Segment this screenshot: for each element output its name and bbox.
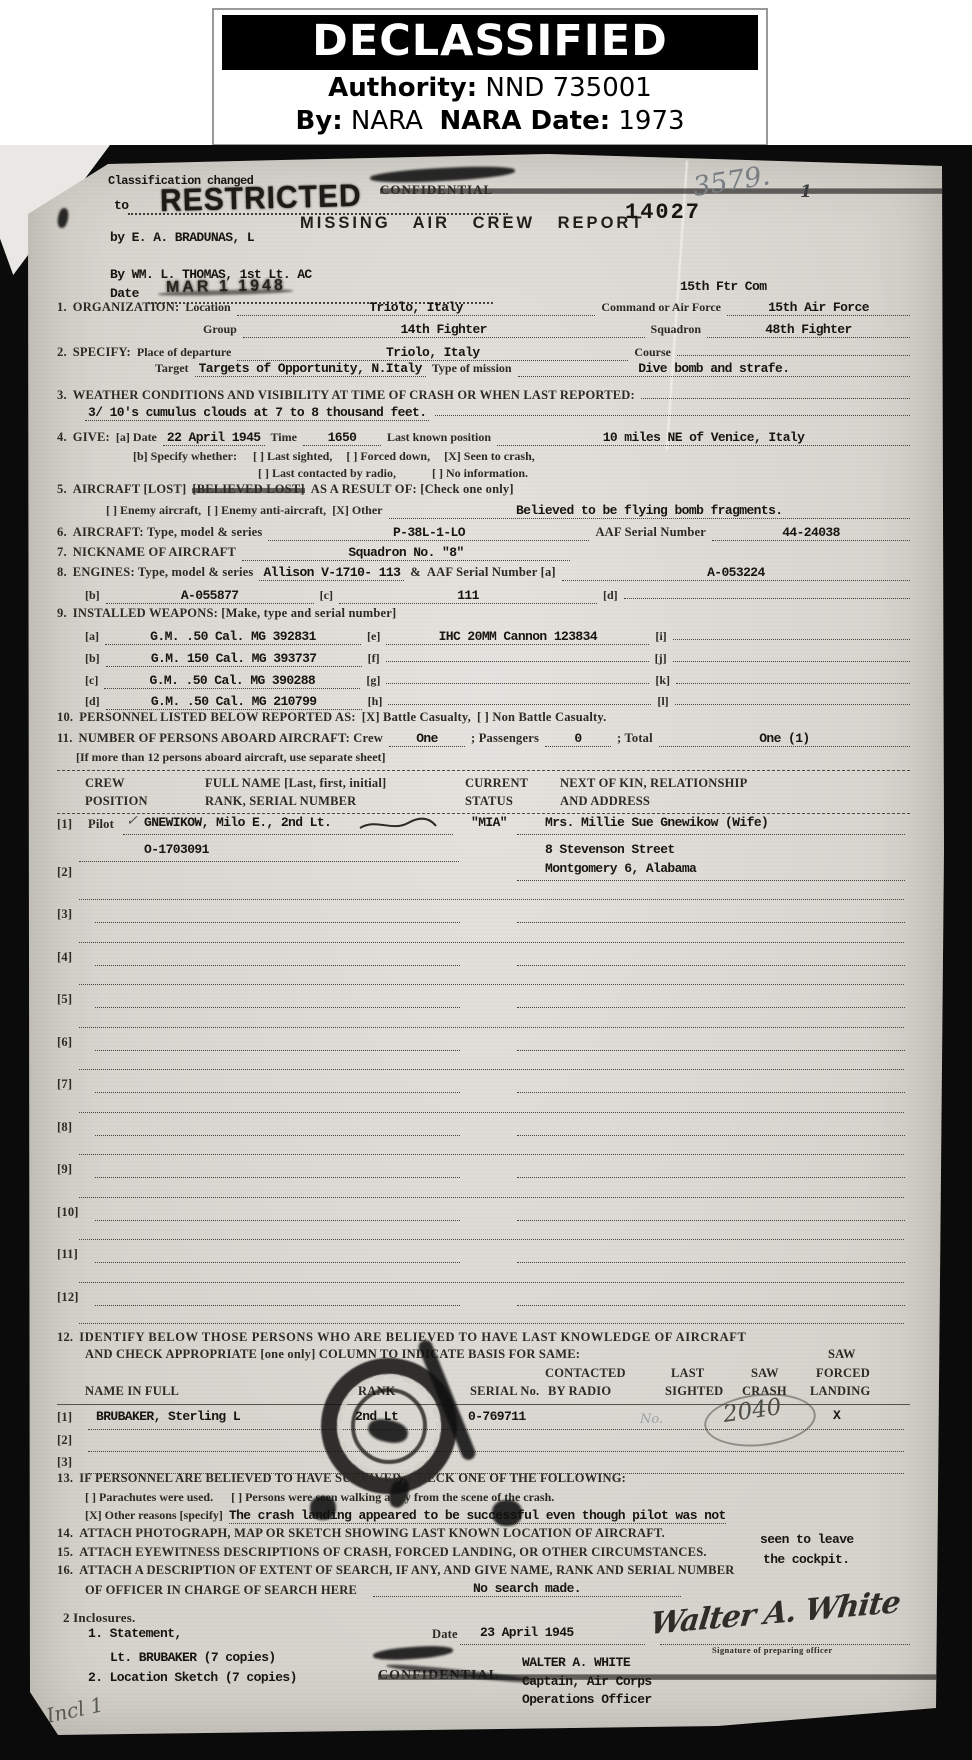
row-line [517,1303,905,1306]
crash-date-value: 22 April 1945 [163,430,265,446]
nickname-value: Squadron No. "8" [242,545,570,561]
course-value [677,342,910,356]
item-8-engines: 8. ENGINES: Type, model & series Allison… [57,565,910,581]
row-line [79,1237,904,1240]
weapon-value [676,670,910,684]
row-line [79,1152,904,1155]
row-line [517,1090,905,1093]
weapon-slot-label: [d] [85,694,100,709]
search-label-line2: OF OFFICER IN CHARGE OF SEARCH HERE [85,1583,357,1598]
specify-whether-label: [b] Specify whether: [133,449,237,464]
hdr-position: POSITION [85,794,148,809]
crew-row-number: [9] [57,1162,72,1177]
item-7-nickname: 7. NICKNAME OF AIRCRAFT Squadron No. "8" [57,545,570,561]
enclosure-2: 2. Location Sketch (7 copies) [88,1670,297,1685]
hdr-and-address: AND ADDRESS [560,794,650,809]
opt-forced-down: [ ] Forced down, [346,449,430,464]
enclosure-1: 1. Statement, [88,1626,182,1641]
witness-name-value: BRUBAKER, Sterling L [96,1409,240,1424]
result-of-label: AS A RESULT OF: [Check one only] [311,482,514,497]
other-reasons-value: The crash landing appeared to be success… [229,1508,726,1524]
row-line [95,1218,460,1221]
crew-row-number: [4] [57,950,72,965]
passengers-label: ; Passengers [471,731,539,746]
footer-date-label: Date [432,1627,458,1642]
declassified-title: DECLASSIFIED [222,15,758,70]
crew-row-number: [5] [57,992,72,1007]
position-label: Last known position [387,430,491,445]
nara-date-label: NARA Date: [439,106,610,136]
item-4b-line: [b] Specify whether: [ ] Last sighted, [… [133,449,535,464]
row-line [79,1025,904,1028]
engine-serial-label: AAF Serial Number [a] [427,565,556,580]
item-number: 8. [57,565,67,580]
hdr-last: LAST [671,1366,704,1381]
weapon-value: G.M. .50 Cal. MG 210799 [106,694,362,710]
crew-row-number: [2] [57,865,72,880]
weapon-value: G.M. 150 Cal. MG 393737 [106,651,362,667]
item-number: 11. [57,731,73,746]
item-number: 14. [57,1526,73,1541]
pen-squiggle [358,816,438,832]
officer-rank: Captain, Air Corps [522,1674,652,1689]
kin-name-value: Mrs. Millie Sue Gnewikow (Wife) [545,815,768,830]
aaf-serial-label: AAF Serial Number [595,525,706,540]
row-line [79,1280,904,1283]
engine-type-value: Allison V-1710- 113 [259,565,404,581]
opt-last-sighted: [ ] Last sighted, [253,449,332,464]
item-number: 6. [57,525,67,540]
officer-title: Operations Officer [522,1692,652,1707]
attach-photo-label: ATTACH PHOTOGRAPH, MAP OR SKETCH SHOWING… [79,1526,665,1541]
hdr-current: CURRENT [465,776,528,791]
weapon-slot-label: [l] [657,694,668,709]
time-label: Time [271,430,297,445]
position-value: 10 miles NE of Venice, Italy [497,430,910,446]
row-line [95,1133,460,1136]
row-line [88,1427,904,1430]
aaf-serial-value: 44-24038 [712,525,910,541]
weapons-row-a: [a] G.M. .50 Cal. MG 392831 [e] IHC 20MM… [85,626,910,645]
item-number: 15. [57,1545,73,1560]
aircraft-type-value: P-38L-1-LO [268,525,589,541]
weapon-value: IHC 20MM Cannon 123834 [386,629,649,645]
item-2-target-line: Target Targets of Opportunity, N.Italy T… [57,361,910,377]
passengers-value: 0 [545,731,611,747]
bradunas-line: by E. A. BRADUNAS, L [110,230,254,245]
ink-smudge [56,207,69,228]
item-4b-line2: [ ] Last contacted by radio, [ ] No info… [258,466,528,481]
hdr-by-radio: BY RADIO [548,1384,611,1399]
opt-parachutes: [ ] Parachutes were used. [85,1490,213,1505]
separate-sheet-note: [If more than 12 persons aboard aircraft… [76,750,386,765]
ink-smudge [373,1644,454,1662]
hdr-status: STATUS [465,794,513,809]
row-line [517,920,905,923]
weather-label: WEATHER CONDITIONS AND VISIBILITY AT TIM… [73,388,635,403]
opt-enemy-aa: [ ] Enemy anti-aircraft, [207,503,326,518]
row-line [517,1048,905,1051]
opt-no-info: [ ] No information. [432,466,528,481]
non-battle-casualty-option: [ ] Non Battle Casualty. [477,710,606,725]
form-title: MISSING AIR CREW REPORT [300,214,644,233]
hdr-serial-no: SERIAL No. [470,1384,539,1399]
pilot-serial-value: O-1703091 [144,842,209,857]
item-number: 10. [57,710,73,725]
crew-row-number: [11] [57,1247,78,1262]
row-line [95,1005,460,1008]
item-9-weapons: 9. INSTALLED WEAPONS: [Make, type and se… [57,606,396,621]
item-12-identify: 12. IDENTIFY BELOW THOSE PERSONS WHO ARE… [57,1330,746,1345]
mission-value: Dive bomb and strafe. [518,361,910,377]
engine-b-value: A-055877 [106,588,314,604]
row-line [95,1175,460,1178]
row-line [517,878,905,881]
item-number: 16. [57,1563,73,1578]
row-line [95,1260,460,1263]
item-15-attach-eyewitness: 15. ATTACH EYEWITNESS DESCRIPTIONS OF CR… [57,1545,707,1560]
row-line [79,897,904,900]
row-line [517,963,905,966]
margin-note-the-cockpit: the cockpit. [763,1552,849,1567]
weapon-slot-label: [b] [85,651,100,666]
footer-date-value: 23 April 1945 [480,1625,574,1640]
declassified-banner: DECLASSIFIED Authority: NND 735001 By: N… [212,8,768,146]
crew-row-number: [3] [57,907,72,922]
weapon-slot-label: [h] [368,694,383,709]
hdr-rank-serial: RANK, SERIAL NUMBER [205,794,356,809]
date-a-label: [a] Date [116,430,157,445]
hdr-next-of-kin: NEXT OF KIN, RELATIONSHIP [560,776,747,791]
hdr-contacted: CONTACTED [545,1366,626,1381]
status-value: "MIA" [471,815,507,830]
weapon-slot-label: [k] [655,673,670,688]
table-rule [57,811,910,814]
to-label: to [114,198,128,213]
confidential-stamp-top: CONFIDENTIAL [380,182,972,198]
item-13-other-line: [X] Other reasons [specify] The crash la… [85,1508,726,1524]
crew-position-value: Pilot [88,817,114,832]
opt-other: [X] Other [332,503,382,518]
weapon-value [673,626,910,640]
incl-pencil-note: Incl 1 [44,1692,105,1727]
pencil-checkmark: ✓ [126,813,138,829]
departure-label: Place of departure [137,345,231,360]
aircraft-lost-label: AIRCRAFT [LOST] [73,482,187,497]
opt-other-reasons: [X] Other reasons [specify] [85,1508,223,1523]
weapons-label: INSTALLED WEAPONS: [Make, type and seria… [73,606,397,621]
row-line [79,940,904,943]
weapons-row-d: [d] G.M. .50 Cal. MG 210799 [h] [l] [85,691,910,710]
crew-row-number: [1] [57,817,72,832]
organization-label: ORGANIZATION: [73,300,180,315]
engine-d-label: [d] [603,588,618,603]
weapon-slot-label: [a] [85,629,99,644]
weapon-slot-label: [j] [655,651,667,666]
report-paper: Classification changed to RESTRICTED CON… [28,150,944,1735]
weapon-slot-label: [f] [368,651,380,666]
total-label: ; Total [617,731,653,746]
item-number: 9. [57,606,67,621]
hdr-landing: LANDING [810,1384,870,1399]
time-value: 1650 [303,430,381,446]
crew-row-number: [8] [57,1120,72,1135]
hdr-full-name: FULL NAME [Last, first, initial] [205,776,386,791]
table-rule [57,768,910,771]
officer-name: WALTER A. WHITE [522,1655,630,1670]
engine-b-label: [b] [85,588,100,603]
weapon-slot-label: [e] [367,629,380,644]
weather-value: 3/ 10's cumulus clouds at 7 to 8 thousan… [85,405,429,421]
nickname-label: NICKNAME OF AIRCRAFT [73,545,236,560]
item-14-attach-photo: 14. ATTACH PHOTOGRAPH, MAP OR SKETCH SHO… [57,1526,665,1541]
item-number: 12. [57,1330,73,1345]
row-line [517,1175,905,1178]
group-label: Group [203,322,237,337]
survived-label: IF PERSONNEL ARE BELIEVED TO HAVE SURVIV… [79,1471,626,1486]
pilot-name-value: GNEWIKOW, Milo E., 2nd Lt. [144,815,331,830]
identify-line1: IDENTIFY BELOW THOSE PERSONS WHO ARE BEL… [79,1330,746,1345]
witness-row-number: [2] [57,1433,72,1448]
weapon-value [675,691,910,705]
item-5-aircraft-lost: 5. AIRCRAFT [LOST] [BELIEVED LOST] AS A … [57,482,514,497]
total-value: One (1) [659,731,910,747]
row-line [517,1005,905,1008]
row-line [95,1090,460,1093]
hdr-saw: SAW [751,1366,779,1381]
persons-aboard-label: NUMBER OF PERSONS ABOARD AIRCRAFT: Crew [79,731,383,746]
engine-c-value: 111 [339,588,597,604]
item-8b-line: [b] A-055877 [c] 111 [d] [85,585,910,604]
item-4-give: 4. GIVE: [a] Date 22 April 1945 Time 165… [57,430,910,446]
hdr-sighted: SIGHTED [665,1384,723,1399]
item-1-organization: 1. ORGANIZATION: Location Triolo, Italy … [57,300,910,316]
battle-casualty-option: [X] Battle Casualty, [362,710,471,725]
row-line [95,1048,460,1051]
by-label: By: [295,106,342,136]
kin-street-value: 8 Stevenson Street [545,842,675,857]
date-label: Date [110,286,139,301]
item-number: 4. [57,430,67,445]
identify-line2: AND CHECK APPROPRIATE [one only] COLUMN … [85,1347,580,1362]
search-label-line1: ATTACH A DESCRIPTION OF EXTENT OF SEARCH… [79,1563,734,1578]
command-label: Command or Air Force [601,300,721,315]
squadron-value: 48th Fighter [707,322,910,338]
item-5-options: [ ] Enemy aircraft, [ ] Enemy anti-aircr… [106,503,910,519]
weapon-value: G.M. .50 Cal. MG 392831 [105,629,361,645]
margin-note-seen-to-leave: seen to leave [760,1532,854,1547]
item-number: 1. [57,300,67,315]
engine-serial-a: A-053224 [562,565,910,581]
row-line [79,859,459,862]
give-label: GIVE: [73,430,110,445]
item-13-survived: 13. IF PERSONNEL ARE BELIEVED TO HAVE SU… [57,1471,626,1486]
weapon-value [386,670,649,684]
row-line [79,1321,904,1324]
no-search-value: No search made. [373,1581,681,1597]
witness-row-number: [3] [57,1455,72,1470]
weapon-value [673,648,910,662]
row-line [517,832,905,835]
crew-row-number: [6] [57,1035,72,1050]
weather-blank [641,385,910,399]
hdr-forced: FORCED [816,1366,870,1381]
believed-lost-struck: [BELIEVED LOST] [192,482,304,497]
saw-forced-landing-mark: X [833,1408,840,1423]
weapon-value: G.M. .50 Cal. MG 390288 [104,673,360,689]
engines-label: ENGINES: Type, model & series [73,565,254,580]
hdr-saw-top: SAW [828,1347,856,1362]
target-label: Target [155,361,189,376]
personnel-label: PERSONNEL LISTED BELOW REPORTED AS: [79,710,356,725]
item-16-search: 16. ATTACH A DESCRIPTION OF EXTENT OF SE… [57,1563,734,1578]
row-line [517,1133,905,1136]
squadron-label: Squadron [651,322,701,337]
item-1-group-line: Group 14th Fighter Squadron 48th Fighter [57,322,910,338]
mission-label: Type of mission [432,361,512,376]
other-cause-value: Believed to be flying bomb fragments. [389,503,910,519]
weather-blank2 [435,402,910,416]
departure-value: Triolo, Italy [237,345,628,361]
row-line [79,982,904,985]
row-line [517,1260,905,1263]
engine-d-value [624,585,910,599]
date-rule [460,1642,645,1645]
location-label: Location [185,300,230,315]
signature-script: Walter A. White [648,1585,902,1642]
by-value: NARA [351,106,423,136]
group-value: 14th Fighter [243,322,645,338]
row-line [79,1067,904,1070]
target-value: Targets of Opportunity, N.Italy [195,361,426,377]
fighter-command-note: 15th Ftr Com [680,279,766,294]
report-number: 14027 [625,200,701,225]
opt-seen-to-crash: [X] Seen to crash, [444,449,535,464]
engine-c-label: [c] [320,588,333,603]
row-line [95,920,460,923]
opt-enemy-aircraft: [ ] Enemy aircraft, [106,503,201,518]
course-label: Course [634,345,671,360]
hdr-crew: CREW [85,776,125,791]
row-line [517,1218,905,1221]
enclosure-1b: Lt. BRUBAKER (7 copies) [110,1650,276,1665]
pencil-no-note: No. [640,1412,663,1427]
crew-row-number: [10] [57,1205,79,1220]
crew-row-number: [7] [57,1077,72,1092]
item-number: 3. [57,388,67,403]
opt-radio: [ ] Last contacted by radio, [258,466,396,481]
item-number: 13. [57,1471,73,1486]
location-value: Triolo, Italy [237,300,596,316]
specify-label: SPECIFY: [73,345,131,360]
weapon-slot-label: [i] [655,629,666,644]
hdr-name-in-full: NAME IN FULL [85,1384,179,1399]
aircraft-type-label: AIRCRAFT: Type, model & series [73,525,263,540]
authority-value: NND 735001 [485,73,651,103]
weapons-row-b: [b] G.M. 150 Cal. MG 393737 [f] [j] [85,648,910,667]
item-11-persons-aboard: 11. NUMBER OF PERSONS ABOARD AIRCRAFT: C… [57,731,910,747]
row-line [88,1449,904,1452]
scanned-document-page: DECLASSIFIED Authority: NND 735001 By: N… [0,0,972,1760]
by-line: By: NARA NARA Date: 1973 [222,106,758,136]
weapon-value [386,648,649,662]
weapon-slot-label: [g] [366,673,380,688]
row-line [95,963,460,966]
item-3-weather-value: 3/ 10's cumulus clouds at 7 to 8 thousan… [85,402,910,421]
command-value: 15th Air Force [727,300,910,316]
weapon-value [388,691,651,705]
kin-city-value: Montgomery 6, Alabama [545,861,696,876]
pencil-tick: 1 [800,182,812,202]
authority-line: Authority: NND 735001 [222,73,758,103]
item-number: 5. [57,482,67,497]
item-2-specify: 2. SPECIFY: Place of departure Triolo, I… [57,342,910,361]
weapons-row-c: [c] G.M. .50 Cal. MG 390288 [g] [k] [85,670,910,689]
authority-label: Authority: [328,73,477,103]
ink-smudge [492,1500,522,1526]
attach-eyewitness-label: ATTACH EYEWITNESS DESCRIPTIONS OF CRASH,… [79,1545,706,1560]
witness-row-number: [1] [57,1410,72,1425]
item-3-weather: 3. WEATHER CONDITIONS AND VISIBILITY AT … [57,385,910,403]
crew-count-value: One [389,731,465,747]
item-number: 2. [57,345,67,360]
item-10-personnel: 10. PERSONNEL LISTED BELOW REPORTED AS: … [57,710,606,725]
row-line [95,1303,460,1306]
scan-background: Classification changed to RESTRICTED CON… [0,145,972,1760]
item-6-aircraft: 6. AIRCRAFT: Type, model & series P-38L-… [57,525,910,541]
engines-joiner: & [410,565,421,580]
crew-row-number: [12] [57,1290,79,1305]
witness-serial-value: 0-769711 [468,1409,526,1424]
ink-smudge [310,1496,336,1520]
signature-caption: Signature of preparing officer [712,1645,833,1655]
row-line [123,832,453,835]
row-line [79,1110,904,1113]
weapon-slot-label: [c] [85,673,98,688]
nara-date-value: 1973 [618,106,684,136]
inclosures-label: 2 Inclosures. [63,1610,135,1626]
item-number: 7. [57,545,67,560]
row-line [79,1195,904,1198]
